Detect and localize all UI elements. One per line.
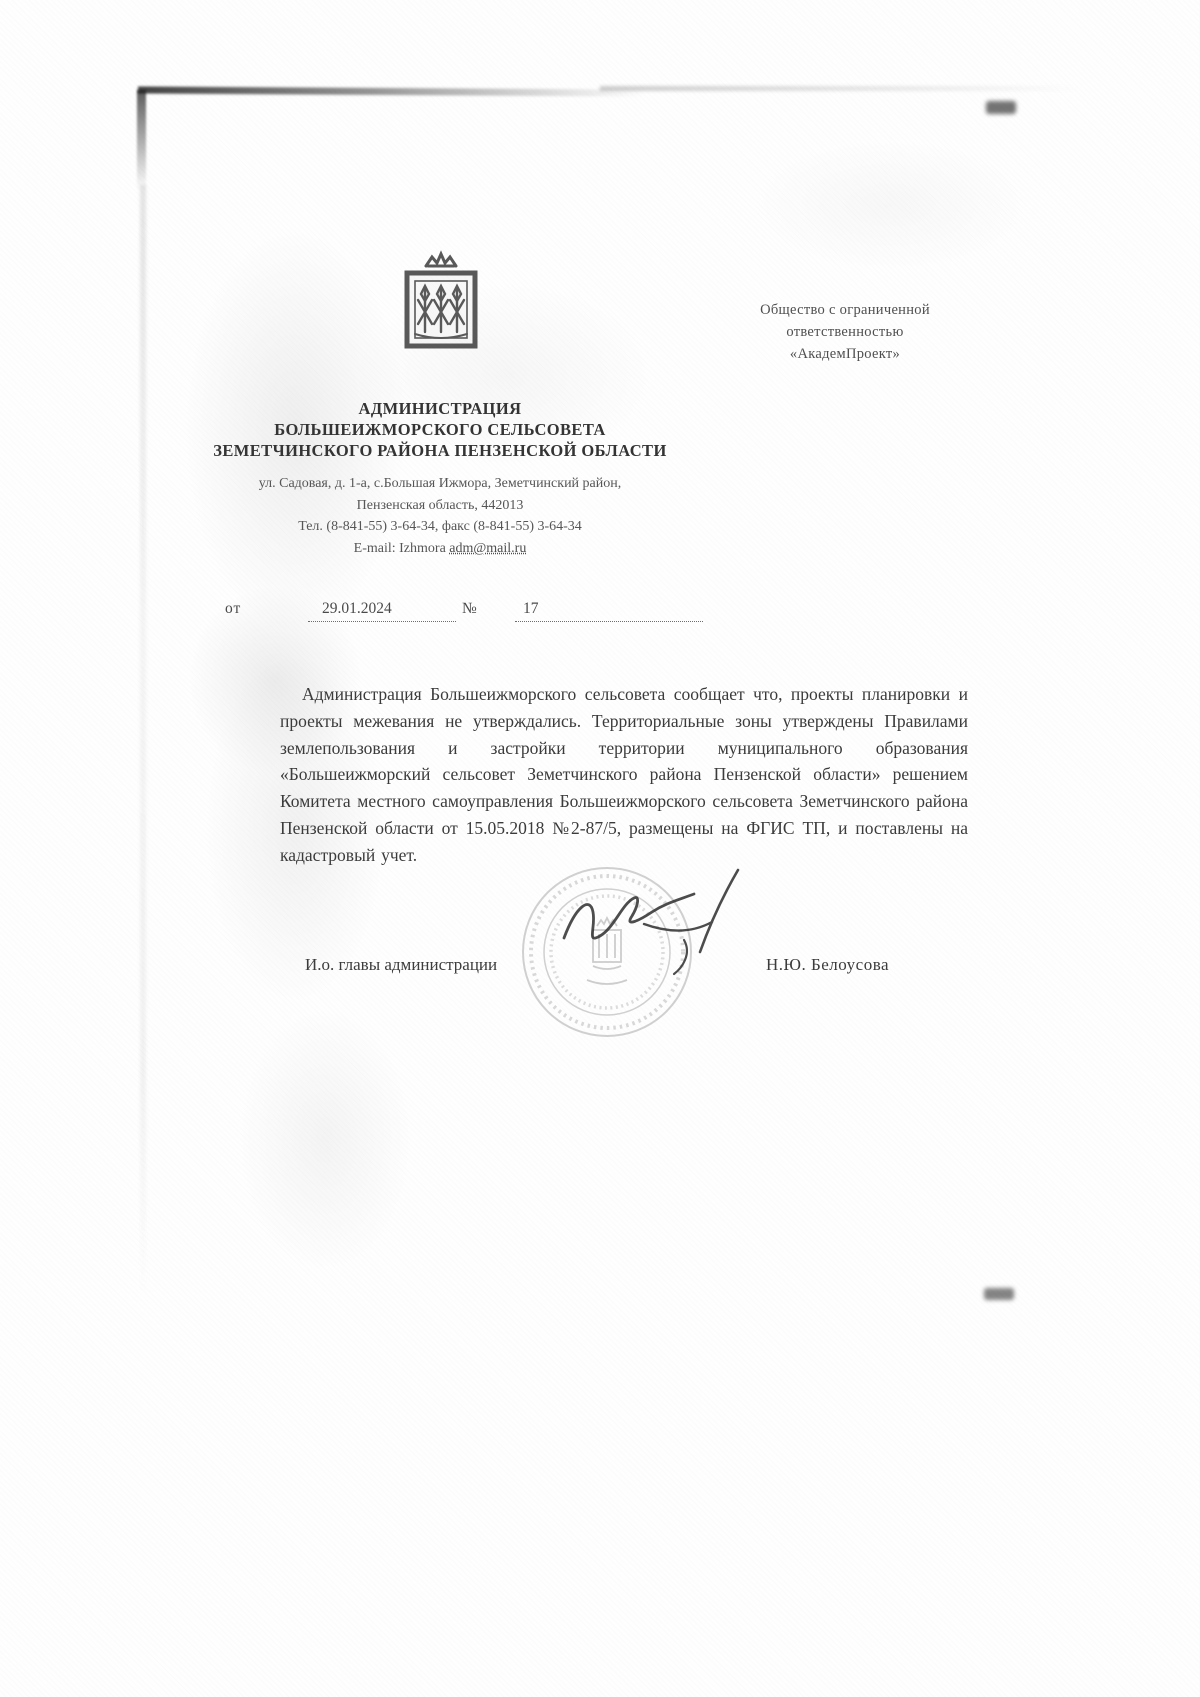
letterhead-address: ул. Садовая, д. 1-а, с.Большая Ижмора, З… — [170, 473, 710, 559]
address-line: Пензенская область, 442013 — [170, 495, 710, 517]
recipient-block: Общество с ограниченной ответственностью… — [725, 299, 965, 365]
signer-name: Н.Ю. Белоусова — [766, 955, 889, 975]
email-label: E-mail: Izhmora — [354, 541, 446, 556]
org-line: ЗЕМЕТЧИНСКОГО РАЙОНА ПЕНЗЕНСКОЙ ОБЛАСТИ — [178, 440, 702, 461]
recipient-line: ответственностью — [725, 321, 965, 343]
scan-smudge-right-bottom — [984, 1288, 1014, 1300]
letter-body-paragraph: Администрация Большеижморского сельсовет… — [280, 681, 968, 869]
letter-date: 29.01.2024 — [308, 600, 456, 622]
scanned-letter-page: Общество с ограниченной ответственностью… — [0, 0, 1200, 1697]
reference-line: от 29.01.2024 № 17 — [0, 600, 1200, 626]
organization-name: АДМИНИСТРАЦИЯ БОЛЬШЕИЖМОРСКОГО СЕЛЬСОВЕТ… — [178, 398, 702, 461]
number-sign: № — [462, 600, 477, 618]
email-address: adm@mail.ru — [449, 541, 526, 556]
signer-title: И.о. главы администрации — [305, 955, 497, 975]
org-line: БОЛЬШЕИЖМОРСКОГО СЕЛЬСОВЕТА — [178, 419, 702, 440]
scan-noise-blob — [290, 240, 720, 510]
email-line: E-mail: Izhmora adm@mail.ru — [170, 538, 710, 560]
recipient-line: Общество с ограниченной — [725, 299, 965, 321]
scan-edge-streak-top-faint — [600, 86, 1080, 91]
handwritten-signature-icon — [548, 852, 758, 982]
recipient-line: «АкадемПроект» — [725, 343, 965, 365]
scan-noise-blob — [200, 950, 450, 1330]
scan-edge-streak-left — [137, 90, 146, 190]
scan-edge-streak-top — [138, 86, 643, 96]
from-label: от — [225, 600, 241, 618]
address-line: ул. Садовая, д. 1-а, с.Большая Ижмора, З… — [170, 473, 710, 495]
address-line: Тел. (8-841-55) 3-64-34, факс (8-841-55)… — [170, 516, 710, 538]
scan-smudge-right-top — [986, 101, 1016, 114]
letter-number: 17 — [515, 600, 703, 622]
scan-edge-shadow-left — [140, 185, 146, 1295]
penza-coat-of-arms-icon — [398, 250, 484, 356]
scan-noise-blob — [690, 110, 1090, 300]
org-line: АДМИНИСТРАЦИЯ — [178, 398, 702, 419]
